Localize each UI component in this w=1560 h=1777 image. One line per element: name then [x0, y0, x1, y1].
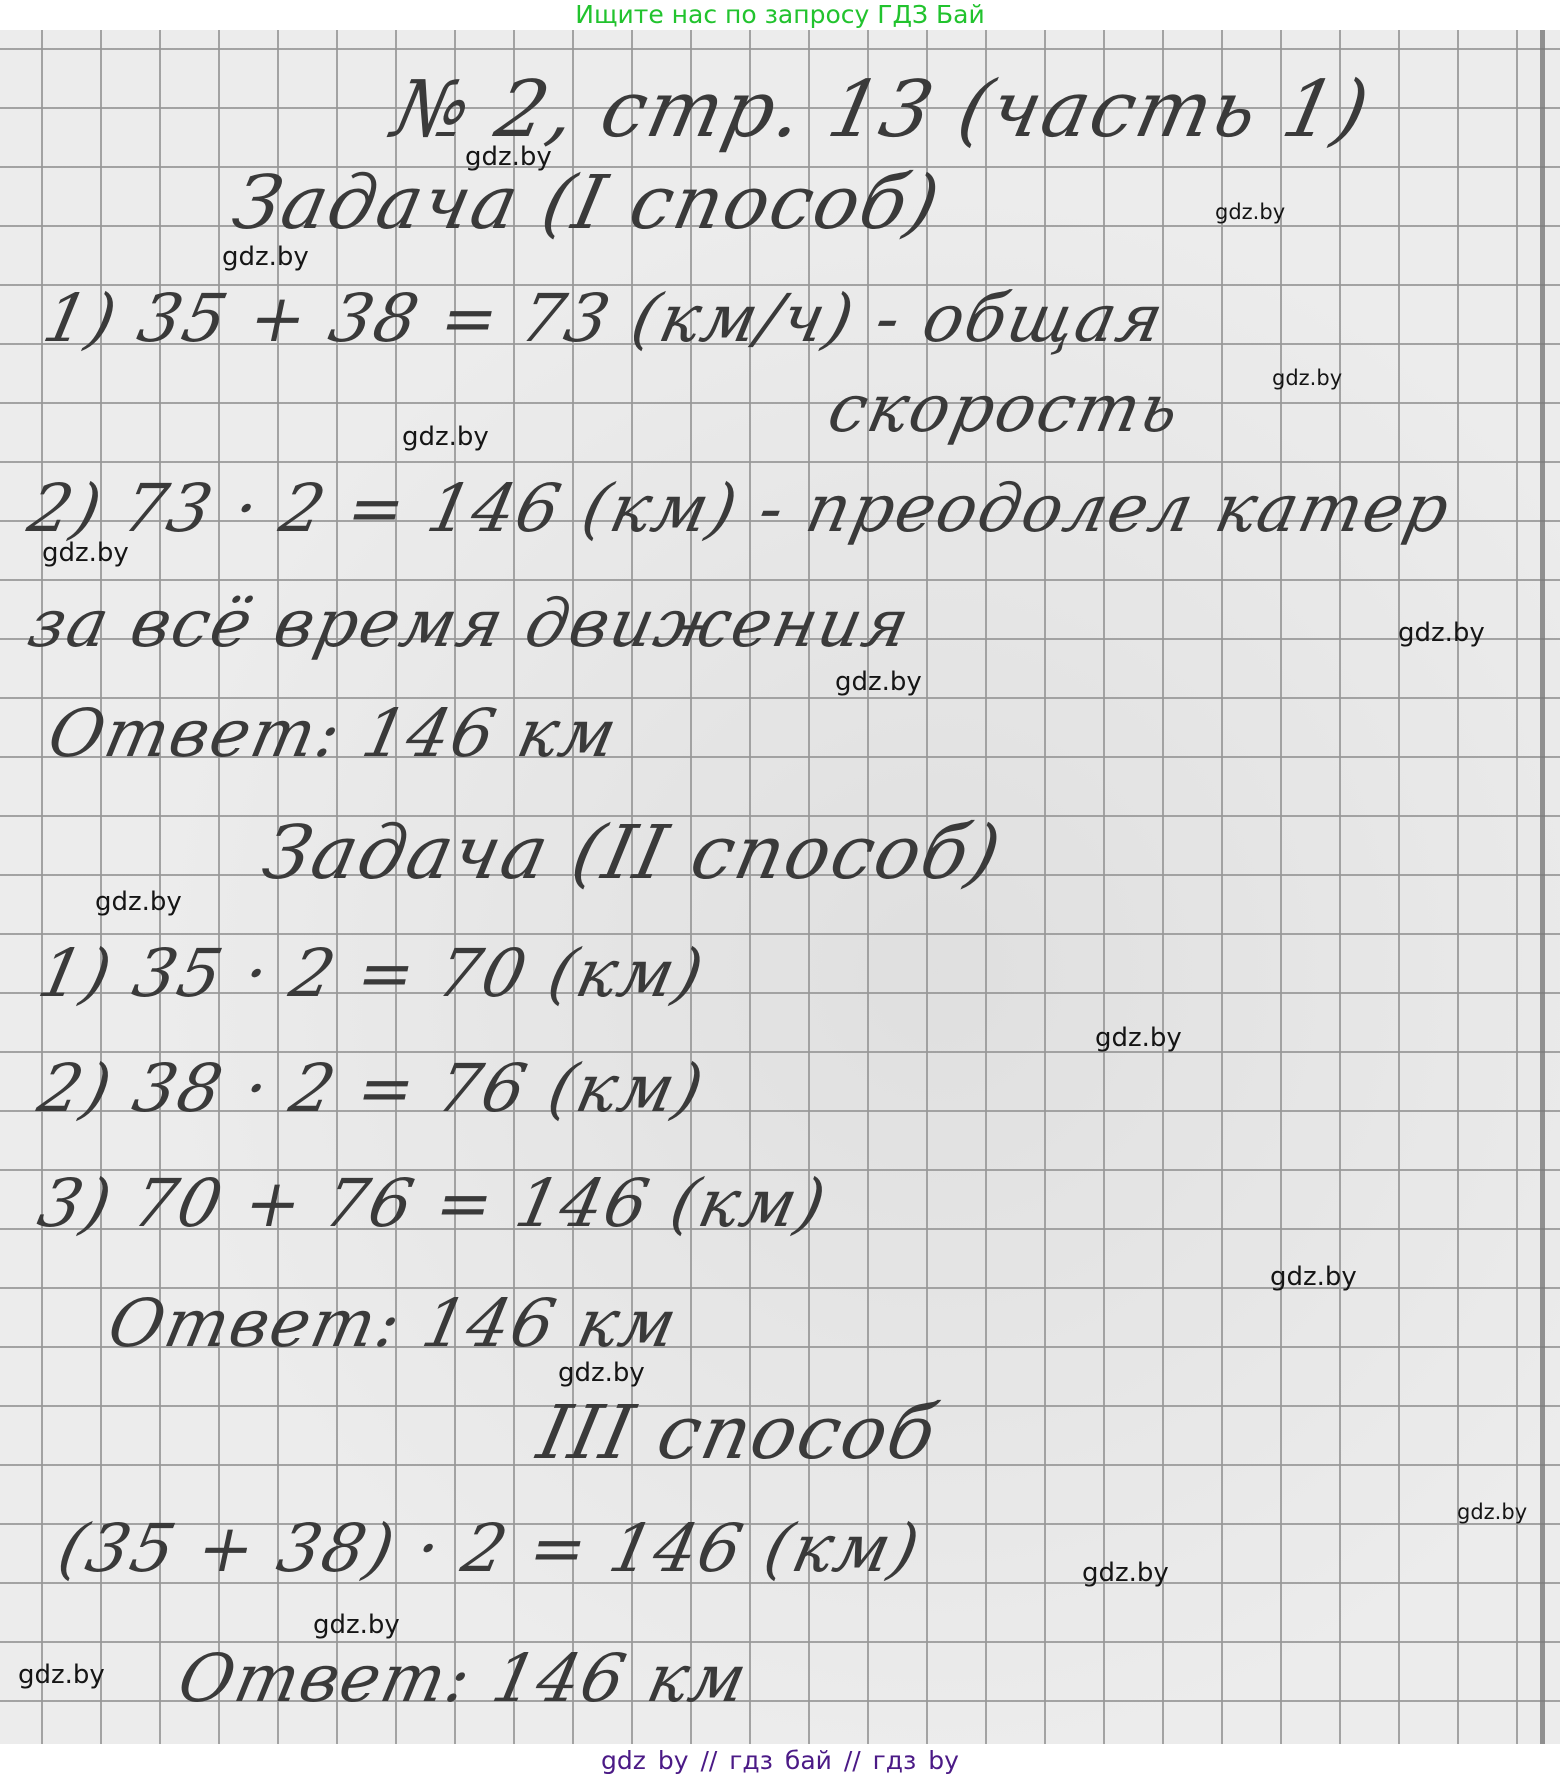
watermark: gdz.by	[95, 887, 182, 917]
method1-answer: Ответ: 146 км	[42, 695, 625, 772]
watermark: gdz.by	[1215, 200, 1285, 224]
method1-heading: Задача (I способ)	[226, 160, 949, 246]
search-promo-link[interactable]: Ищите нас по запросу ГДЗ Бай	[575, 0, 984, 29]
method1-step1-continuation: скорость	[822, 370, 1188, 447]
watermark: gdz.by	[835, 667, 922, 697]
watermark: gdz.by	[42, 538, 129, 568]
watermark: gdz.by	[1398, 618, 1485, 648]
watermark: gdz.by	[313, 1610, 400, 1640]
method2-step2: 2) 38 · 2 = 76 (км)	[32, 1050, 712, 1127]
method2-answer: Ответ: 146 км	[102, 1285, 685, 1362]
method3-answer: Ответ: 146 км	[172, 1640, 755, 1717]
watermark: gdz.by	[465, 142, 552, 172]
method2-heading: Задача (II способ)	[256, 810, 1010, 896]
watermark: gdz.by	[1095, 1023, 1182, 1053]
watermark: gdz.by	[1457, 1500, 1527, 1524]
method2-step1: 1) 35 · 2 = 70 (км)	[32, 935, 712, 1012]
bottom-banner[interactable]: gdz by // гдз бай // гдз by	[0, 1744, 1560, 1777]
method1-step2-continuation: за всё время движения	[22, 585, 918, 662]
watermark: gdz.by	[222, 242, 309, 272]
method3-heading: III способ	[531, 1390, 945, 1476]
watermark: gdz.by	[1272, 366, 1342, 390]
method1-step2: 2) 73 · 2 = 146 (км) - преодолел катер	[22, 470, 1458, 547]
method1-step1: 1) 35 + 38 = 73 (км/ч) - общая	[37, 280, 1172, 357]
watermark: gdz.by	[18, 1660, 105, 1690]
method3-expression: (35 + 38) · 2 = 146 (км)	[52, 1510, 928, 1587]
top-banner[interactable]: Ищите нас по запросу ГДЗ Бай	[0, 0, 1560, 30]
watermark: gdz.by	[402, 422, 489, 452]
watermark: gdz.by	[558, 1358, 645, 1388]
watermark: gdz.by	[1270, 1262, 1357, 1292]
notebook-page-photo: № 2, стр. 13 (часть 1) Задача (I способ)…	[0, 30, 1560, 1744]
watermark: gdz.by	[1082, 1558, 1169, 1588]
notebook-margin-line	[1540, 30, 1545, 1744]
method2-step3: 3) 70 + 76 = 146 (км)	[32, 1165, 834, 1242]
